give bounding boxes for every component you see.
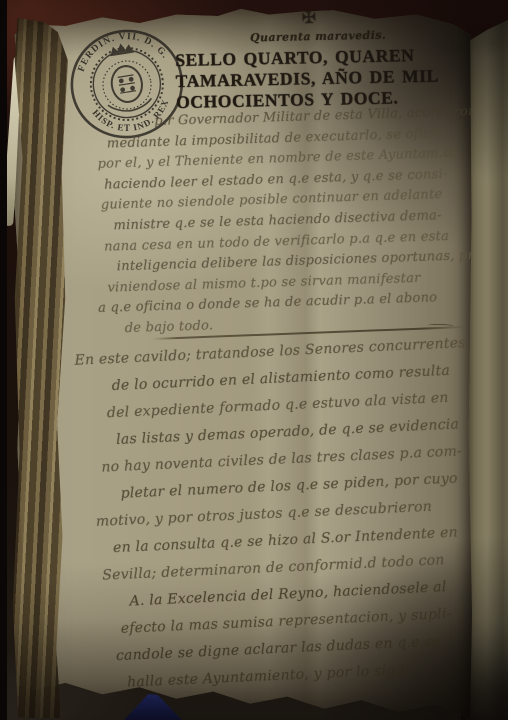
tax-stamp-line: Quarenta maravedis. bbox=[250, 29, 386, 45]
blue-cloth-under-book bbox=[124, 694, 182, 720]
manuscript-sheet: ✠ Quarenta maravedis. bbox=[10, 6, 472, 720]
photo-left-edge bbox=[0, 0, 7, 720]
handwritten-paragraph-2: En este cavildo; tratandose los Senores … bbox=[68, 329, 498, 698]
photo-of-manuscript-page: ✠ Quarenta maravedis. bbox=[0, 0, 508, 720]
handwritten-paragraph-1: p.r Governador Militar de esta Villa, ac… bbox=[92, 101, 508, 340]
cross-icon: ✠ bbox=[294, 7, 325, 28]
